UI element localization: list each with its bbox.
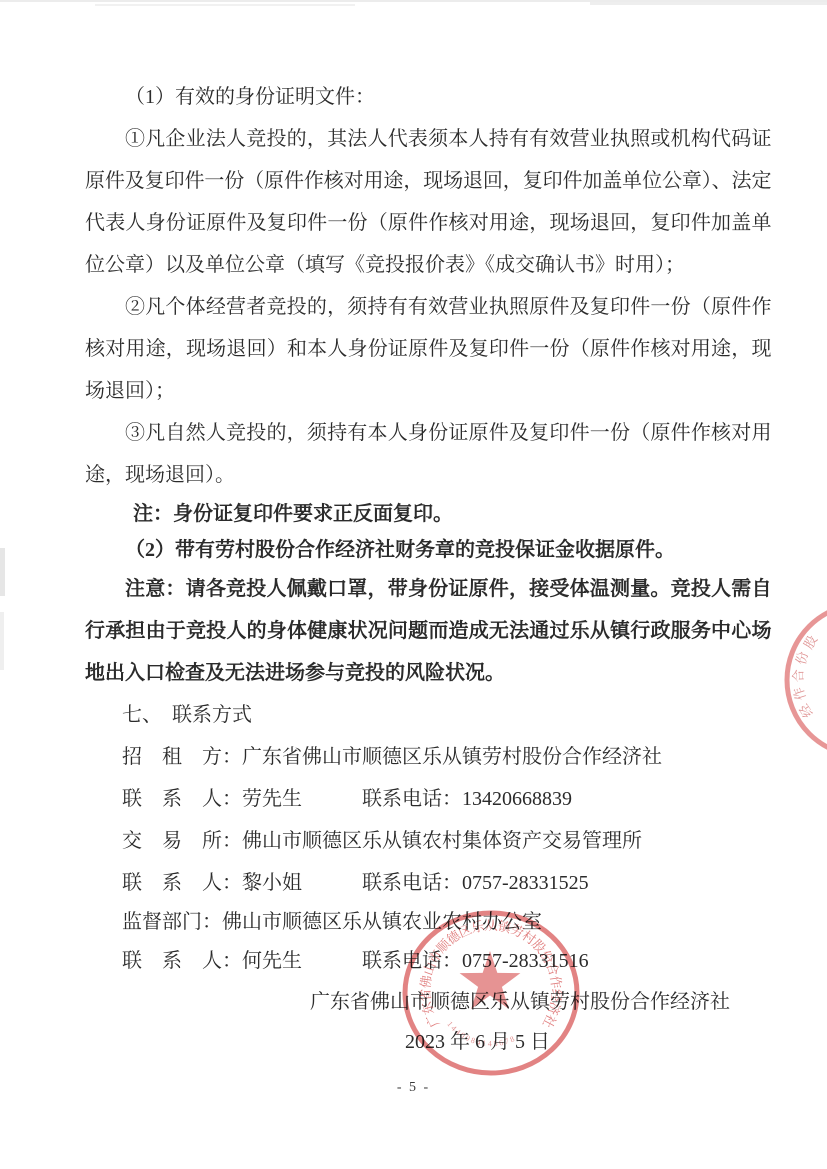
text-line: 代表人身份证原件及复印件一份（原件作核对用途，现场退回，复印件加盖单 (85, 202, 771, 244)
seal-character: 合 (791, 669, 806, 683)
text-line: 注意：请各竞投人佩戴口罩，带身份证原件，接受体温测量。竞投人需自 (85, 568, 771, 610)
edge-seal-fragment: 股 份 合 作 经 (782, 592, 827, 772)
text-line: 核对用途，现场退回）和本人身份证原件及复印件一份（原件作核对用途，现 (85, 328, 771, 370)
text-line: ③凡自然人竞投的，须持有本人身份证原件及复印件一份（原件作核对用 (85, 412, 771, 454)
text-line: 途，现场退回）。 (85, 454, 771, 496)
text-line: 行承担由于竞投人的身体健康状况问题而造成无法通过乐从镇行政服务中心场 (85, 610, 771, 652)
scan-artifact (0, 0, 827, 2)
text-line: ②凡个体经营者竞投的，须持有有效营业执照原件及复印件一份（原件作 (85, 286, 771, 328)
text-line: 位公章）以及单位公章（填写《竞投报价表》《成交确认书》时用）； (85, 244, 771, 286)
scan-artifact (95, 4, 355, 6)
text-line: 地出入口检查及无法进场参与竞投的风险状况。 (85, 652, 771, 694)
text-line: 场退回）； (85, 370, 771, 412)
svg-text:1440084145678: 1440084145678 (445, 1020, 517, 1049)
text-line: 注：身份证复印件要求正反面复印。 (85, 496, 771, 532)
text-line: （1）有效的身份证明文件： (85, 76, 771, 118)
scan-artifact (0, 612, 4, 670)
scan-artifact (0, 548, 5, 596)
seal-character: 作 (790, 685, 808, 702)
text-line: 七、 联系方式 (85, 694, 771, 736)
scan-artifact (590, 2, 827, 5)
text-line: （2）带有劳村股份合作经济社财务章的竞投保证金收据原件。 (85, 532, 771, 568)
official-seal: 广东省佛山市顺德区乐从镇劳村股份合作经济社 1440084145678 (398, 903, 588, 1083)
text-line: ①凡企业法人竞投的，其法人代表须本人持有有效营业执照或机构代码证 (85, 118, 771, 160)
text-line: 原件及复印件一份（原件作核对用途，现场退回，复印件加盖单位公章）、法定 (85, 160, 771, 202)
text-line: 联 系 人：黎小姐 联系电话：0757-28331525 (85, 862, 771, 904)
text-line: 招 租 方：广东省佛山市顺德区乐从镇劳村股份合作经济社 (85, 736, 771, 778)
seal-code-digits: 1440084145678 (445, 1020, 517, 1049)
star-icon (460, 951, 521, 1009)
page-number: - 5 - (0, 1080, 827, 1096)
document-page: （1）有效的身份证明文件：①凡企业法人竞投的，其法人代表须本人持有有效营业执照或… (0, 0, 827, 1169)
text-line: 交 易 所：佛山市顺德区乐从镇农村集体资产交易管理所 (85, 820, 771, 862)
text-line: 联 系 人：劳先生 联系电话：13420668839 (85, 778, 771, 820)
seal-character: 份 (793, 650, 811, 666)
